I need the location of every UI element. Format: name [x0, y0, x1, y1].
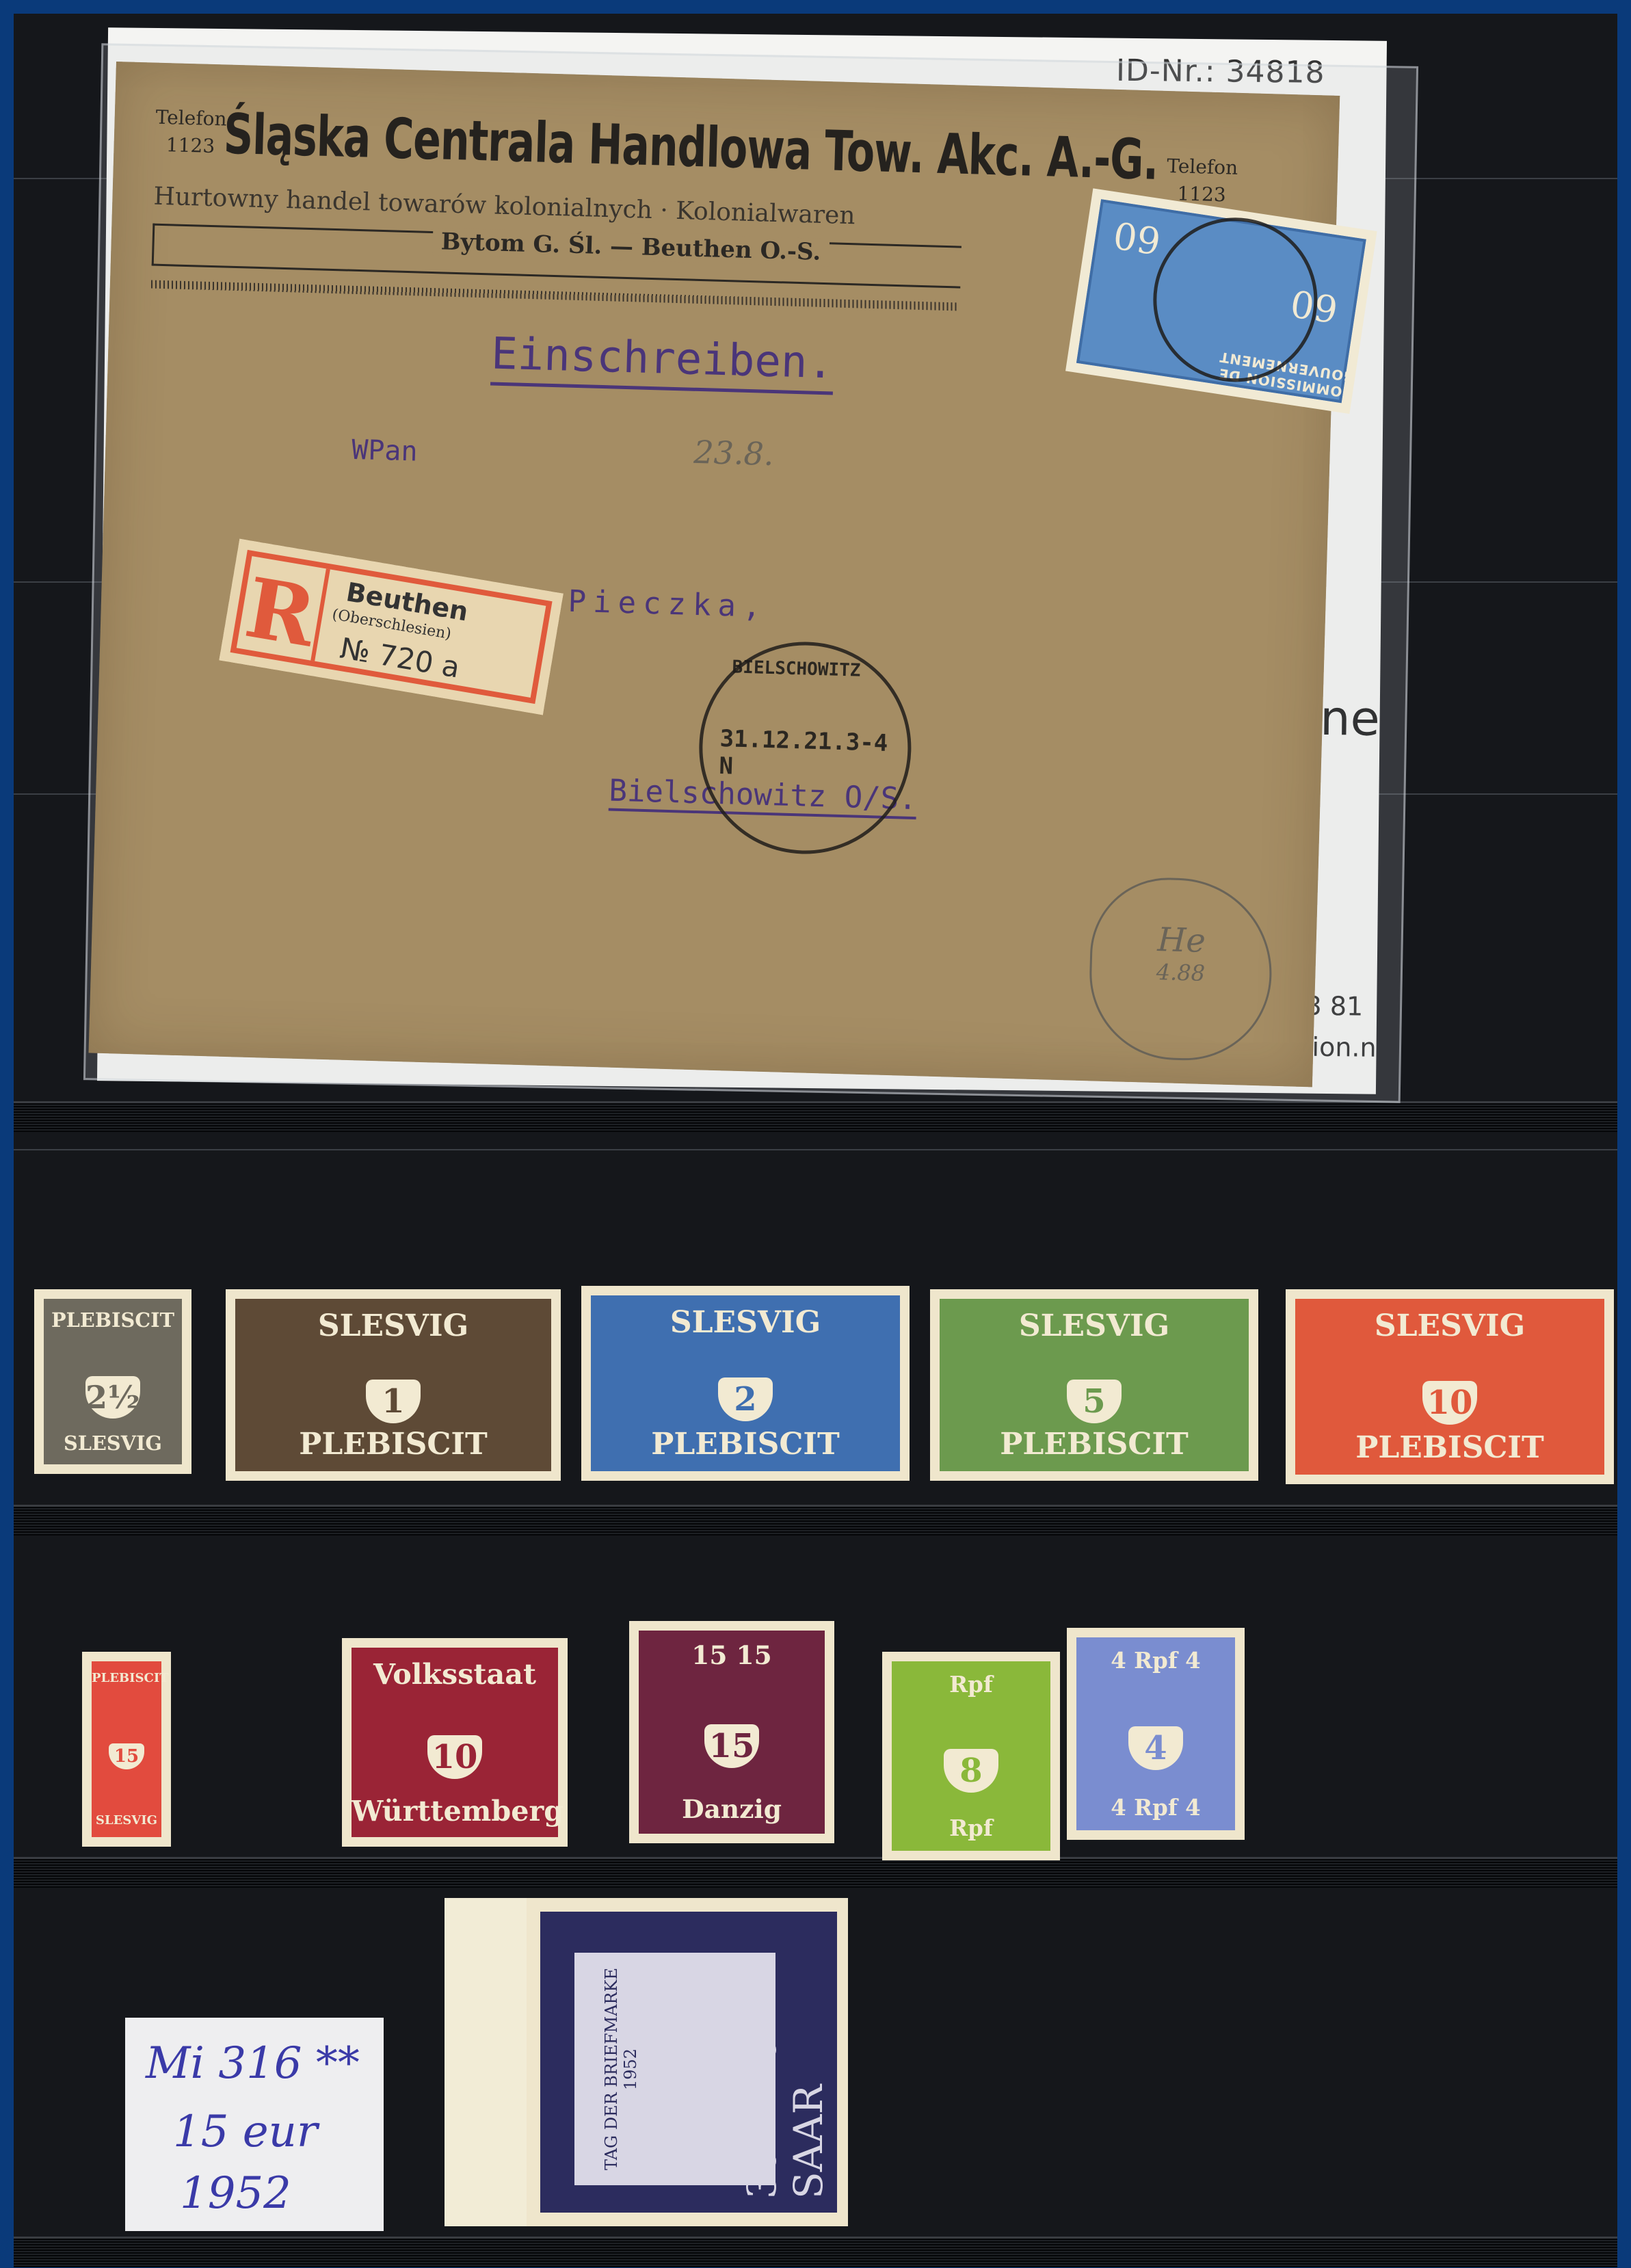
pencil-oval-note: He 4.88	[1087, 875, 1274, 1062]
stamp-top-inscription: SLESVIG	[591, 1305, 900, 1340]
pencil-note: 23.8.	[693, 434, 775, 473]
pencil-oval-line2: 4.88	[1091, 957, 1270, 988]
pencil-oval-line1: He	[1092, 919, 1271, 962]
registration-label: R Beuthen (Oberschlesien) № 720 a	[219, 539, 563, 715]
registered-cover: Telefon 1123 Śląska Centrala Handlowa To…	[89, 62, 1340, 1087]
stamp-bottom-inscription: Württemberg	[352, 1794, 558, 1828]
stamp-value: 2½	[85, 1376, 140, 1419]
stamp-value: 2	[718, 1377, 773, 1421]
stamp-top-inscription: SLESVIG	[1295, 1308, 1604, 1343]
stamp-top-inscription: SLESVIG	[940, 1308, 1249, 1343]
stamp-value: 5	[1067, 1380, 1122, 1423]
company-name: Śląska Centrala Handlowa Tow. Akc. A.-G.	[223, 102, 1159, 193]
salutation: WPan	[352, 434, 419, 468]
registration-letter: R	[237, 556, 330, 661]
company-tagline: Hurtowny handel towarów kolonialnych · K…	[153, 183, 856, 230]
strip-divider	[14, 2237, 1617, 2267]
collector-note: Mi 316 ** 15 eur 1952	[125, 2018, 384, 2231]
saar-stamp: TAG DER BRIEFMARKE 1952 30F+10 SAAR	[527, 1898, 848, 2226]
stamp: 4 Rpf 444 Rpf 4	[1067, 1628, 1245, 1840]
saar-year: 1952	[621, 2048, 640, 2089]
stamp-bottom-inscription: Danzig	[639, 1794, 825, 1824]
stamp-value: 10	[427, 1735, 482, 1779]
strip-divider	[14, 1857, 1617, 1888]
stamp-bottom-inscription: 4 Rpf 4	[1076, 1794, 1235, 1821]
stamp-bottom-inscription: PLEBISCIT	[591, 1427, 900, 1462]
album-page: ID-Nr.: 34818 ne 3 81 ktion.n Telefon 11…	[14, 14, 1617, 2254]
stamp: 15 1515Danzig	[629, 1621, 834, 1843]
strip-divider	[14, 1505, 1617, 1535]
stamp-bottom-inscription: PLEBISCIT	[940, 1427, 1249, 1462]
telefon-label: Telefon	[155, 104, 227, 133]
stamp-top-inscription: PLEBISCIT	[92, 1671, 161, 1685]
cancel-place: BIELSCHOWITZ	[732, 657, 861, 681]
stamp-bottom-inscription: PLEBISCIT	[1295, 1430, 1604, 1465]
stamp-value: 10	[1422, 1381, 1477, 1425]
stamp-value: 15	[109, 1743, 144, 1769]
note-line2: 15 eur	[173, 2107, 317, 2157]
stamp-top-inscription: PLEBISCIT	[44, 1308, 182, 1332]
saar-title: TAG DER BRIEFMARKE	[602, 1968, 621, 2170]
stamp: SLESVIG5PLEBISCIT	[930, 1289, 1258, 1481]
stamp: Rpf8Rpf	[882, 1652, 1060, 1860]
stamp: PLEBISCIT15SLESVIG	[82, 1652, 171, 1847]
telefon-label: Telefon	[1167, 153, 1238, 182]
stamp-value: 1	[366, 1380, 421, 1423]
stamp-bottom-inscription: PLEBISCIT	[235, 1427, 551, 1462]
saar-value: 30F+10	[739, 2038, 785, 2199]
sheet-margin	[445, 1898, 527, 2226]
stamp-value: 15	[704, 1724, 759, 1768]
stamp-value: 4	[1128, 1726, 1183, 1770]
stamp-bottom-inscription: Rpf	[892, 1815, 1050, 1841]
stamp-top-inscription: Volksstaat	[352, 1657, 558, 1691]
note-line3: 1952	[180, 2168, 291, 2219]
stamp: Volksstaat10Württemberg	[342, 1638, 568, 1847]
stamp-value: 60	[1111, 213, 1163, 263]
stamp-bottom-inscription: SLESVIG	[44, 1432, 182, 1455]
stamp-top-inscription: 4 Rpf 4	[1076, 1647, 1235, 1674]
stamp-bottom-inscription: SLESVIG	[92, 1813, 161, 1828]
stamp: SLESVIG2PLEBISCIT	[581, 1286, 910, 1481]
receiving-cancel: BIELSCHOWITZ 31.12.21.3-4 N	[696, 639, 914, 857]
stamp-top-inscription: 15 15	[639, 1640, 825, 1670]
telefon-number: 1123	[155, 131, 226, 161]
cancel-date: 31.12.21.3-4 N	[719, 725, 908, 785]
stamp: SLESVIG1PLEBISCIT	[226, 1289, 561, 1481]
note-line1: Mi 316 **	[146, 2038, 360, 2089]
telefon-left: Telefon 1123	[155, 104, 227, 161]
stamp: PLEBISCIT2½SLESVIG	[34, 1289, 191, 1474]
stamp-value: 8	[944, 1749, 998, 1793]
saar-country: SAAR	[785, 2085, 832, 2199]
stamp: SLESVIG10PLEBISCIT	[1286, 1289, 1614, 1484]
stamp-top-inscription: SLESVIG	[235, 1308, 551, 1343]
stamp-top-inscription: Rpf	[892, 1671, 1050, 1698]
strip-divider	[14, 1101, 1617, 1132]
strip-rule	[14, 1149, 1617, 1150]
registered-mark: Einschreiben.	[490, 328, 834, 395]
cover-postage-stamp: 60 60 COMMISSION DE GOUVERNEMENT	[1065, 188, 1377, 414]
